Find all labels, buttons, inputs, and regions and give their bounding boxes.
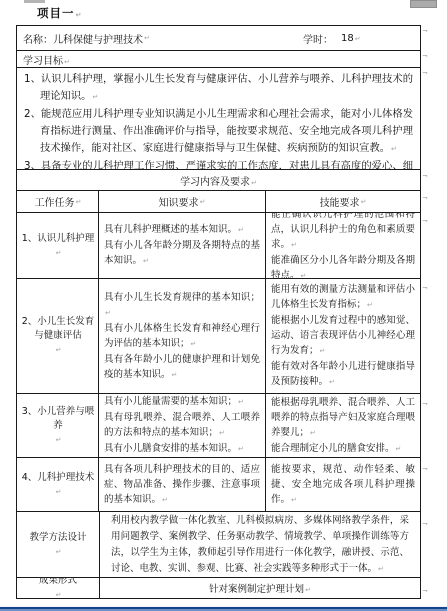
paragraph: 1、认识儿科护理，掌握小儿生长发育与健康评估、小儿营养与喂养、儿科护理技术的理论…: [24, 71, 413, 106]
skill-cell: 能根据母乳喂养、混合喂养、人工喂养的特点指导产妇及家庭合理喂养婴儿；能合理制定小…: [265, 394, 420, 457]
end-of-row-mark: [422, 52, 432, 60]
end-of-row-mark: [422, 27, 432, 35]
name-hours-row: 名称：儿科保健与护理技术 学时： 18: [17, 26, 420, 50]
goals-section-label: 学习目标: [23, 52, 70, 67]
project-table: 名称：儿科保健与护理技术 学时： 18 学习目标 1、认识儿科护理，掌握小儿生长…: [16, 25, 421, 599]
content-section-label-row: 学习内容及要求: [17, 169, 420, 190]
table-row: 3、小儿营养与喂养 具有小儿能量需要的基本知识；具有母乳喂养、混合喂养、人工喂养…: [17, 393, 420, 457]
goals-row: 1、认识儿科护理，掌握小儿生长发育与健康评估、小儿营养与喂养、儿科护理技术的理论…: [17, 67, 420, 169]
result-label: 成果形式: [17, 578, 99, 598]
header-skill: 技能要求: [265, 191, 420, 212]
paragraph: 具有小儿能量需要的基本知识；: [104, 394, 260, 410]
end-of-row-mark: [422, 69, 432, 77]
content-section-label: 学习内容及要求: [180, 173, 257, 188]
skill-cell: 能用有效的测量方法测量和评估小儿体格生长发育指标；能根据小儿发育过程中的感知觉、…: [265, 279, 420, 393]
window-bottom-edge: [0, 606, 447, 611]
paragraph: 能准确区分小儿各年龄分期及各期特点。: [271, 253, 415, 278]
document-page: 项目一 名称：儿科保健与护理技术 学时： 18 学习目标 1、认识儿科护理，掌握…: [0, 0, 447, 611]
goals-label-row: 学习目标: [17, 50, 420, 67]
end-of-row-mark: [422, 465, 432, 473]
paragraph: 能正确认识儿科护理的范围和特点，认识儿科护士的角色和素质要求。: [271, 213, 415, 253]
method-cell: 利用校内教学做一体化教室、儿科模拟病房、多媒体网络教学条件，采用问题教学、案例教…: [99, 512, 420, 577]
paragraph: 能根据小儿发育过程中的感知觉、运动、语言表现评估小儿神经心理行为发育；: [271, 313, 415, 359]
paragraph: 具有小儿各年龄分期及各期特点的基本知识。: [104, 238, 260, 269]
end-of-row-mark: [422, 587, 432, 595]
result-text: 针对案例制定护理计划: [209, 581, 311, 595]
paragraph: 2、能规范应用儿科护理专业知识满足小儿生理需求和心理社会需求，能对小儿体格发育指…: [24, 106, 413, 158]
paragraph: 能按要求，规范、动作轻柔、敏捷、安全地完成各项儿科护理操作。: [271, 462, 415, 508]
knowledge-cell: 具有儿科护理概述的基本知识。具有小儿各年龄分期及各期特点的基本知识。: [98, 213, 265, 278]
method-row: 教学方法设计 利用校内教学做一体化教室、儿科模拟病房、多媒体网络教学条件，采用问…: [17, 511, 420, 577]
result-cell: 针对案例制定护理计划: [99, 578, 420, 598]
table-row: 4、儿科护理技术 具有各项儿科护理技术的目的、适应症、物品准备、操作步骤、注意事…: [17, 457, 420, 511]
end-of-row-mark: [422, 194, 432, 202]
method-text: 利用校内教学做一体化教室、儿科模拟病房、多媒体网络教学条件，采用问题教学、案例教…: [105, 512, 415, 577]
end-of-row-mark: [422, 172, 432, 180]
method-label: 教学方法设计: [17, 512, 99, 577]
result-row: 成果形式 针对案例制定护理计划: [17, 577, 420, 598]
task-label: 4、儿科护理技术: [17, 458, 99, 511]
header-task: 工作任务: [17, 191, 99, 212]
task-label: 3、小儿营养与喂养: [17, 394, 99, 457]
skill-cell: 能按要求，规范、动作轻柔、敏捷、安全地完成各项儿科护理操作。: [265, 458, 420, 511]
paragraph: 具有小儿体格生长发育和神经心理行为评估的基本知识；: [104, 321, 260, 352]
header-knowledge: 知识要求: [98, 191, 265, 212]
table-row: 2、小儿生长发育与健康评估 具有小儿生长发育规律的基本知识；具有小儿体格生长发育…: [17, 278, 420, 393]
end-of-row-mark: [422, 217, 432, 225]
end-of-row-mark: [422, 520, 432, 528]
paragraph: 具有儿科护理概述的基本知识。: [104, 222, 260, 238]
content-header-row: 工作任务 知识要求 技能要求: [17, 190, 420, 212]
page-title: 项目一: [37, 5, 82, 21]
table-row: 1、认识儿科护理 具有儿科护理概述的基本知识。具有小儿各年龄分期及各期特点的基本…: [17, 212, 420, 278]
paragraph: 3、具备专业的儿科护理工作习惯、严谨求实的工作态度，对患儿具有高度的爱心、细心、…: [24, 158, 413, 169]
course-hours: 学时： 18: [303, 26, 361, 50]
task-label: 2、小儿生长发育与健康评估: [17, 279, 99, 393]
paragraph: 具有各年龄小儿的健康护理和计划免疫的基本知识。: [104, 352, 260, 383]
page-edge-artifact-left: [24, 0, 45, 3]
paragraph: 具有小儿生长发育规律的基本知识；: [104, 290, 260, 321]
paragraph: 能用有效的测量方法测量和评估小儿体格生长发育指标；: [271, 282, 415, 313]
knowledge-cell: 具有小儿能量需要的基本知识；具有母乳喂养、混合喂养、人工喂养的方法和特点的基本知…: [98, 394, 265, 457]
knowledge-cell: 具有小儿生长发育规律的基本知识；具有小儿体格生长发育和神经心理行为评估的基本知识…: [98, 279, 265, 393]
end-of-row-mark: [422, 284, 432, 292]
end-of-row-mark: [422, 400, 432, 408]
paragraph: 具有小儿膳食安排的基本知识。: [104, 441, 260, 457]
task-label: 1、认识儿科护理: [17, 213, 99, 278]
skill-cell: 能正确认识儿科护理的范围和特点，认识儿科护士的角色和素质要求。能准确区分小儿各年…: [265, 213, 420, 278]
paragraph: 能合理制定小儿的膳食安排。: [271, 441, 415, 457]
paragraph: 能有效对各年龄小儿进行健康指导及预防接种。: [271, 359, 415, 390]
hours-value: 18: [341, 33, 361, 44]
hours-label: 学时：: [303, 31, 333, 46]
knowledge-cell: 具有各项儿科护理技术的目的、适应症、物品准备、操作步骤、注意事项的基本知识。: [98, 458, 265, 511]
goals-list: 1、认识儿科护理，掌握小儿生长发育与健康评估、小儿营养与喂养、儿科护理技术的理论…: [24, 71, 413, 169]
paragraph: 具有各项儿科护理技术的目的、适应症、物品准备、操作步骤、注意事项的基本知识。: [104, 462, 260, 508]
paragraph: 能根据母乳喂养、混合喂养、人工喂养的特点指导产妇及家庭合理喂养婴儿；: [271, 395, 415, 441]
page-edge-artifact-right: [410, 0, 437, 8]
paragraph: 具有母乳喂养、混合喂养、人工喂养的方法和特点的基本知识；: [104, 410, 260, 441]
course-name: 名称：儿科保健与护理技术: [17, 26, 150, 50]
